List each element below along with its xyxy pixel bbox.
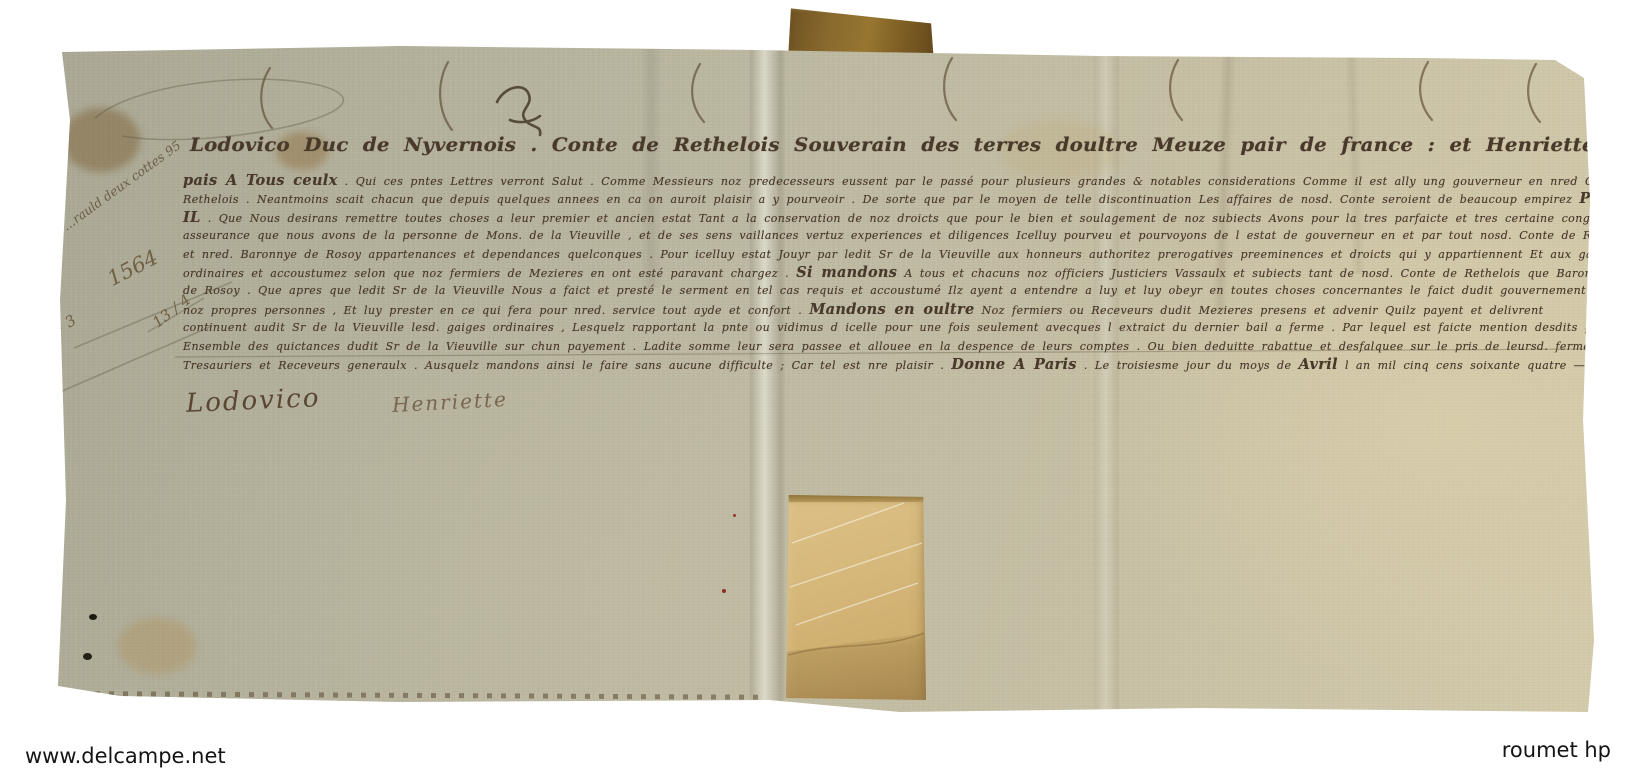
paper-patch-bottom-fold: [786, 633, 926, 700]
manuscript-body-line: continuent audit Sr de la Vieuville lesd…: [183, 319, 1588, 337]
manuscript-body-line: de Rosoy . Que apres que ledit Sr de la …: [183, 282, 1588, 300]
paper-patch: [786, 495, 926, 700]
manuscript-body-line: ordinaires et accoustumez selon que noz …: [183, 264, 1588, 282]
manuscript-body-line: noz propres personnes , Et luy prester e…: [183, 301, 1588, 319]
margin-note-number: nº 3: [44, 311, 80, 343]
manuscript-body: pais A Tous ceulx . Qui ces pntes Lettre…: [183, 172, 1588, 374]
bottom-edge-stitching: [95, 691, 765, 700]
signature-lodovico: Lodovico: [185, 383, 321, 419]
manuscript-heading-line: Lodovico Duc de Nyvernois . Conte de Ret…: [190, 134, 1625, 156]
ink-speck: [83, 653, 92, 660]
manuscript-body-line: Ensemble des quictances dudit Sr de la V…: [183, 338, 1588, 356]
manuscript-body-line: et nred. Baronnye de Rosoy appartenances…: [183, 246, 1588, 264]
manuscript-body-line: IL . Que Nous desirans remettre toutes c…: [183, 209, 1588, 227]
paper-patch-top-fold: [786, 495, 926, 502]
red-speck: [733, 514, 736, 517]
manuscript-body-line: Tresauriers et Receveurs generaulx . Aus…: [183, 356, 1588, 374]
photo-canvas: …rauld deux cottes 95 1564 13 / 4 nº 3 L…: [0, 0, 1625, 770]
signature-henriette: Henriette: [391, 387, 508, 417]
manuscript-body-line: Rethelois . Neantmoins scait chacun que …: [183, 190, 1588, 208]
watermark-delcampe: www.delcampe.net: [25, 744, 226, 768]
stain-top-left: [62, 108, 140, 172]
parchment-document: …rauld deux cottes 95 1564 13 / 4 nº 3 L…: [0, 0, 1625, 770]
stain-bottom-left: [118, 618, 196, 674]
manuscript-body-line: pais A Tous ceulx . Qui ces pntes Lettre…: [183, 172, 1588, 190]
red-speck: [722, 589, 726, 593]
margin-note-year: 1564: [103, 245, 162, 291]
watermark-roumet: roumet hp: [1502, 738, 1611, 762]
ink-speck: [89, 614, 97, 620]
manuscript-body-line: asseurance que nous avons de la personne…: [183, 227, 1588, 245]
